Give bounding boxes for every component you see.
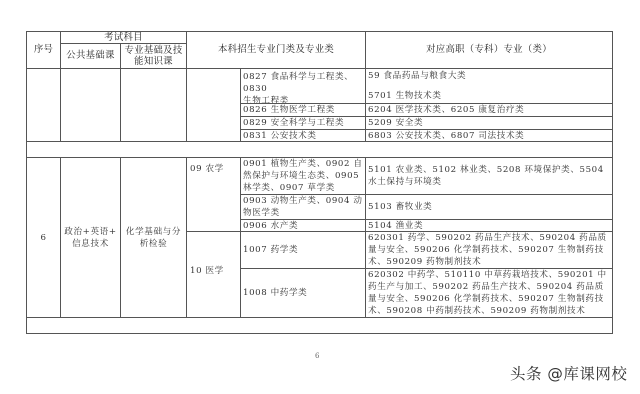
header-bottom xyxy=(26,68,613,69)
professional-basic-cell: 化学基础与分 析检验 xyxy=(121,158,186,317)
category-cell-medicine: 10 医学 xyxy=(190,264,240,278)
undergrad-major-cell: 0829 安全科学与工程类 xyxy=(243,117,365,129)
undergrad-major-cell: 0827 食品科学与工程类、0830 生物工程类 xyxy=(243,71,365,103)
header-seq: 序号 xyxy=(27,32,60,68)
undergrad-major-cell: 0903 动物生产类、0904 动物医学类 xyxy=(243,195,364,219)
undergrad-major-cell: 1008 中药学类 xyxy=(243,269,364,317)
header-undergrad-categories: 本科招生专业门类及专业类 xyxy=(187,32,365,68)
undergrad-major-cell: 0906 水产类 xyxy=(243,220,364,231)
professional-basic-line: 化学基础与分 xyxy=(126,226,181,238)
public-basic-line: 信息技术 xyxy=(72,238,109,250)
vocational-cell: 5103 畜牧业类 xyxy=(368,195,611,219)
col-divider xyxy=(365,157,366,318)
table-border-bottom xyxy=(26,333,613,334)
professional-basic-line: 析检验 xyxy=(140,238,168,250)
vocational-line: 59 食品药品与粮食大类 xyxy=(368,70,612,82)
vocational-line: 5701 生物技术类 xyxy=(368,90,612,102)
vocational-cell: 5209 安全类 xyxy=(368,117,612,129)
vocational-cell: 620302 中药学、510110 中草药栽培技术、590201 中药生产与加工… xyxy=(368,269,611,317)
undergrad-major-line: 生物工程类 xyxy=(243,95,365,103)
public-basic-line: 政治+英语+ xyxy=(64,226,116,238)
undergrad-major-cell: 0901 植物生产类、0902 自然保护与环境生态类、0905 林学类、0907… xyxy=(243,158,364,194)
seq-cell: 6 xyxy=(27,158,60,317)
header-professional-basic: 专业基础及技 能知识课 xyxy=(121,44,186,68)
vocational-cell: 620301 药学、590202 药品生产技术、590204 药品质量与安全、5… xyxy=(368,232,611,268)
header-professional-basic-line1: 专业基础及技 xyxy=(124,45,182,56)
undergrad-major-line: 0827 食品科学与工程类、0830 xyxy=(243,71,365,95)
section-bottom xyxy=(26,141,613,142)
vocational-cell: 5101 农业类、5102 林业类、5208 环境保护类、5504 水土保持与环… xyxy=(368,158,611,194)
col-divider xyxy=(186,157,187,318)
col-divider xyxy=(240,157,241,318)
undergrad-major-cell: 0831 公安技术类 xyxy=(243,130,365,141)
category-cell-agriculture: 09 农学 xyxy=(190,158,240,180)
col-divider xyxy=(240,68,241,142)
table-border-right xyxy=(612,31,613,334)
public-basic-cell: 政治+英语+ 信息技术 xyxy=(61,158,120,317)
header-public-basic: 公共基础课 xyxy=(61,44,120,68)
page-number: 6 xyxy=(315,352,319,360)
section-bottom xyxy=(26,317,613,318)
undergrad-major-cell: 1007 药学类 xyxy=(243,232,364,268)
vocational-cell: 6204 医学技术类、6205 康复治疗类 xyxy=(368,104,612,116)
header-vocational-majors: 对应高职（专科）专业（类） xyxy=(366,32,612,68)
vocational-cell: 6803 公安技术类、6807 司法技术类 xyxy=(368,130,612,141)
document-page: 序号 考试科目 公共基础课 专业基础及技 能知识课 本科招生专业门类及专业类 对… xyxy=(0,0,640,394)
vocational-cell: 5104 渔业类 xyxy=(368,220,611,231)
undergrad-major-cell: 0826 生物医学工程类 xyxy=(243,104,365,116)
header-professional-basic-line2: 能知识课 xyxy=(134,56,173,67)
vocational-cell: 59 食品药品与粮食大类 5701 生物技术类 xyxy=(368,70,612,103)
watermark: 头条 @库课网校 xyxy=(510,362,627,384)
header-exam-subjects: 考试科目 xyxy=(61,32,186,43)
